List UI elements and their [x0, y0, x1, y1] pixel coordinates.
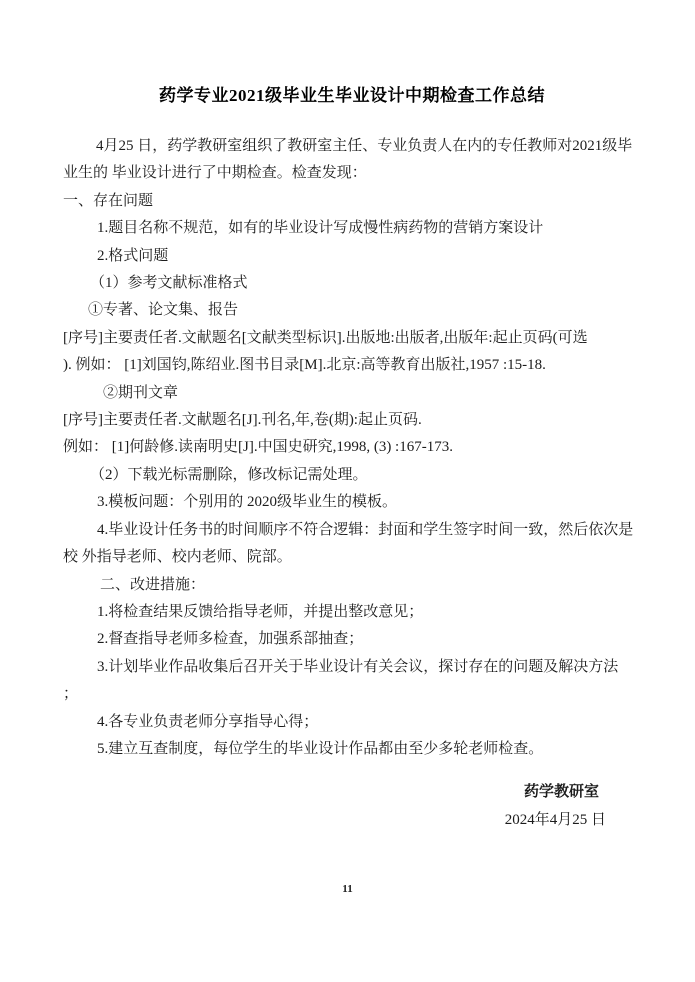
ref-format-monograph: [序号]主要责任者.文献题名[文献类型标识].出版地:出版者,出版年:起止页码(…: [63, 325, 641, 380]
item-problem-4: 4.毕业设计任务书的时间顺序不符合逻辑：封面和学生签字时间一致，然后依次是 校 …: [63, 517, 641, 572]
page-number: 11: [0, 883, 695, 895]
item-improve-2: 2.督查指导老师多检查，加强系部抽查；: [63, 626, 641, 653]
document-content: 药学专业2021级毕业生毕业设计中期检查工作总结 4月25 日，药学教研室组织了…: [63, 84, 641, 834]
paragraph-intro: 4月25 日，药学教研室组织了教研室主任、专业负责人在内的专任教师对2021级毕…: [63, 133, 641, 188]
ref-example-journal: 例如： [1]何龄修.读南明史[J].中国史研究,1998, (3) :167-…: [63, 434, 641, 461]
heading-problems: 一、存在问题: [63, 188, 641, 215]
heading-improvements: 二、改进措施：: [63, 572, 641, 599]
item-improve-3: 3.计划毕业作品收集后召开关于毕业设计有关会议，探讨存在的问题及解决方法 ；: [63, 654, 641, 709]
signature-block: 药学教研室 2024年4月25 日: [63, 779, 641, 834]
ref-format-journal: [序号]主要责任者.文献题名[J].刊名,年,卷(期):起止页码.: [63, 407, 641, 434]
signature-org: 药学教研室: [63, 779, 641, 806]
document-page: 药学专业2021级毕业生毕业设计中期检查工作总结 4月25 日，药学教研室组织了…: [0, 0, 695, 982]
item-problem-1: 1.题目名称不规范，如有的毕业设计写成慢性病药物的营销方案设计: [63, 215, 641, 242]
document-title: 药学专业2021级毕业生毕业设计中期检查工作总结: [63, 84, 641, 108]
item-paren-2: （2）下载光标需删除，修改标记需处理。: [63, 462, 641, 489]
item-paren-1: （1）参考文献标准格式: [63, 270, 641, 297]
item-problem-3: 3.模板问题：个别用的 2020级毕业生的模板。: [63, 489, 641, 516]
item-circle-2: ②期刊文章: [63, 380, 641, 407]
signature-date: 2024年4月25 日: [63, 807, 641, 834]
item-improve-1: 1.将检查结果反馈给指导老师，并提出整改意见；: [63, 599, 641, 626]
item-improve-5: 5.建立互查制度，每位学生的毕业设计作品都由至少多轮老师检查。: [63, 736, 641, 763]
item-problem-2: 2.格式问题: [63, 243, 641, 270]
item-improve-4: 4.各专业负责老师分享指导心得；: [63, 709, 641, 736]
item-circle-1: ①专著、论文集、报告: [63, 297, 641, 324]
